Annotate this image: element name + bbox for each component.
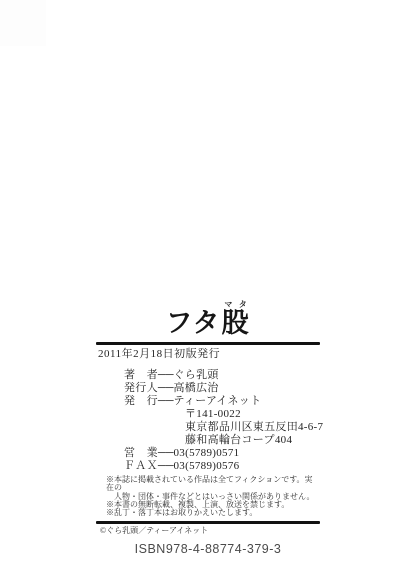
book-title-furigana: マタ [222, 300, 251, 309]
legal-notes: ※本誌に掲載されている作品は全てフィクションです。実在の 人物・団体・事件などと… [96, 476, 320, 518]
publishing-house-value: ティーアイネット [174, 395, 262, 407]
title-divider [96, 342, 320, 345]
sales-phone-value: 03(5789)0571 [174, 447, 240, 459]
postal-code: 〒141-0022 [124, 408, 320, 421]
bottom-divider [96, 521, 320, 524]
publisher-person-row: 発行人──高橋広治 [124, 382, 320, 395]
address-line-2: 藤和高輪台コープ404 [124, 434, 320, 447]
copyright-line: ©ぐら乳頭／ティーアイネット [96, 526, 320, 535]
note-line: ※乱丁・落丁本はお取りかえいたします。 [106, 509, 320, 517]
author-separator: ── [158, 369, 174, 381]
address-line-1: 東京都品川区東五反田4-6-7 [124, 421, 320, 434]
publishing-house-row: 発 行──ティーアイネット [124, 395, 320, 408]
sales-phone-row: 営 業──03(5789)0571 [124, 447, 320, 460]
note-line: ※本誌に掲載されている作品は全てフィクションです。実在の [106, 476, 320, 493]
fax-value: 03(5789)0576 [174, 460, 240, 472]
scan-artifact [0, 0, 46, 46]
isbn-line: ISBN978-4-88774-379-3 [96, 542, 320, 556]
book-title-kanji-ruby: 股マタ [222, 308, 251, 338]
publishing-house-separator: ── [158, 395, 174, 407]
publishing-house-label: 発 行 [124, 395, 158, 407]
colophon-content: フタ股マタ 2011年2月18日初版発行 著 者──ぐら乳頭 発行人──高橋広治… [96, 300, 320, 556]
fax-row: ＦＡＸ──03(5789)0576 [124, 460, 320, 473]
sales-phone-label: 営 業 [124, 447, 158, 459]
edition-date: 2011年2月18日初版発行 [96, 348, 320, 361]
publication-info: 著 者──ぐら乳頭 発行人──高橋広治 発 行──ティーアイネット 〒141-0… [96, 369, 320, 473]
book-title: フタ股マタ [96, 300, 320, 339]
publisher-person-separator: ── [158, 382, 174, 394]
sales-phone-separator: ── [158, 447, 174, 459]
publisher-person-value: 高橋広治 [174, 382, 219, 394]
colophon-page: フタ股マタ 2011年2月18日初版発行 著 者──ぐら乳頭 発行人──高橋広治… [0, 0, 400, 587]
fax-separator: ── [158, 460, 174, 472]
book-title-kanji: 股 [222, 308, 251, 338]
book-title-prefix: フタ [165, 308, 221, 338]
publisher-person-label: 発行人 [124, 382, 158, 394]
fax-label: ＦＡＸ [124, 460, 158, 472]
author-value: ぐら乳頭 [174, 369, 219, 381]
author-row: 著 者──ぐら乳頭 [124, 369, 320, 382]
author-label: 著 者 [124, 369, 158, 381]
